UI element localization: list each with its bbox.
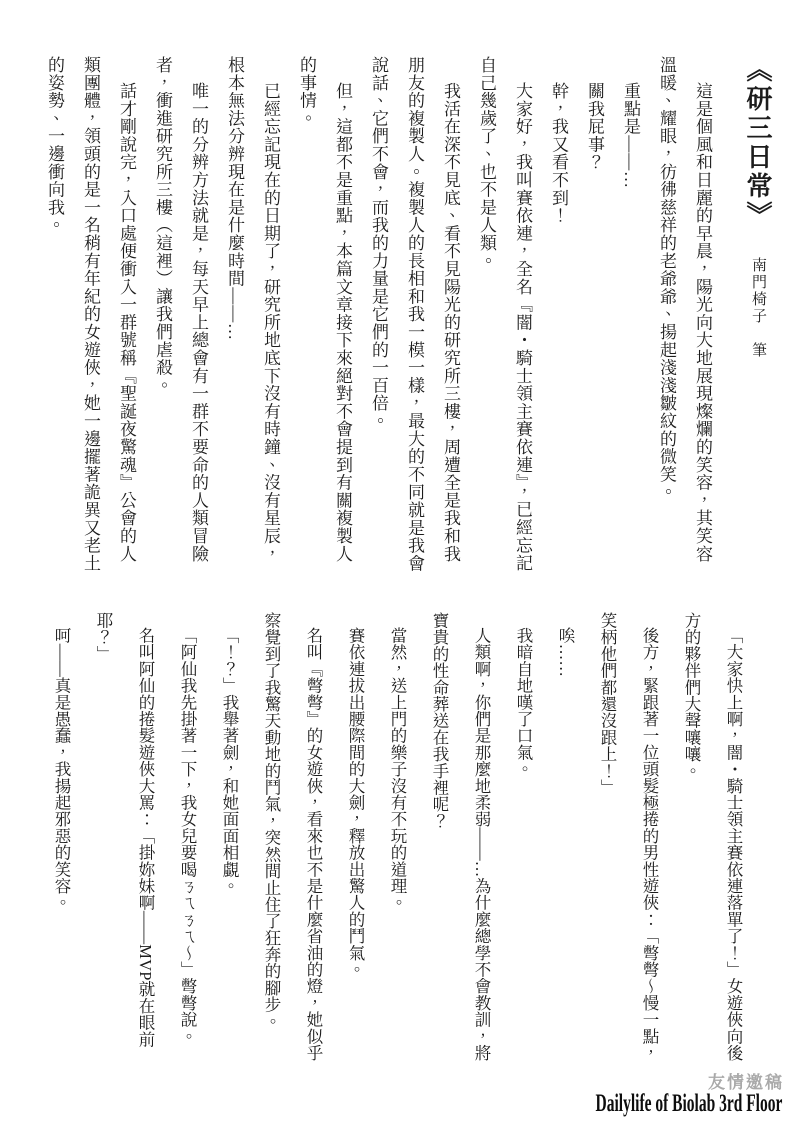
story-paragraph: 「！？」我舉著劍，和她面面相覷。: [208, 612, 250, 1070]
story-paragraph: 人類啊，你們是那麼地柔弱——…為什麼總學不會教訓，將寶貴的性命葬送在我手裡呢？: [418, 612, 502, 1070]
story-paragraph: 呵——真是愚蠢，我揚起邪惡的笑容。: [40, 612, 82, 1070]
story-section-top: 《研三日常》 南門椅子 筆 這是個風和日麗的早晨，陽光向大地展現燦爛的笑容，其笑…: [28, 56, 782, 576]
story-paragraph: 這是個風和日麗的早晨，陽光向大地展現燦爛的笑容，其笑容溫暖、耀眼，彷彿慈祥的老爺…: [648, 56, 720, 576]
story-paragraph: 「阿仙我先掛著一下，我女兒要喝ㄋㄟㄋㄟ～」彆彆說。: [166, 612, 208, 1070]
story-paragraph: 關我屁事？: [576, 56, 612, 576]
story-paragraph: 我暗自地嘆了口氣。: [502, 612, 544, 1070]
story-paragraph: 已經忘記現在的日期了，研究所地底下沒有時鐘、沒有星辰，根本無法分辨現在是什麼時間…: [216, 56, 288, 576]
story-paragraph: 唯一的分辨方法就是，每天早上總會有一群不要命的人類冒險者，衝進研究所三樓（這裡）…: [144, 56, 216, 576]
story-section-bottom: 「大家快上啊，闇・騎士領主賽依連落單了！」女遊俠向後方的夥伴們大聲嚷嚷。 後方，…: [34, 612, 754, 1070]
story-paragraph: 重點是——…: [612, 56, 648, 576]
story-title: 《研三日常》: [743, 56, 773, 230]
story-paragraph: 「大家快上啊，闇・騎士領主賽依連落單了！」女遊俠向後方的夥伴們大聲嚷嚷。: [670, 612, 754, 1070]
story-paragraph: 當然，送上門的樂子沒有不玩的道理。: [376, 612, 418, 1070]
story-paragraph: 大家好，我叫賽依連，全名『闇・騎士領主賽依連』，已經忘記自己幾歲了、也不是人類。: [468, 56, 540, 576]
story-paragraph: 後方，緊跟著一位頭髮極捲的男性遊俠：「彆彆～慢一點，笑柄他們都還沒跟上！」: [586, 612, 670, 1070]
story-paragraph: 名叫『彆彆』的女遊俠，看來也不是什麼省油的燈，她似乎察覺到了我驚天動地的鬥氣，突…: [250, 612, 334, 1070]
story-paragraph: 幹，我又看不到！: [540, 56, 576, 576]
title-column: 《研三日常》 南門椅子 筆: [734, 56, 782, 576]
page: { "header": { "title": "《研三日常》", "author…: [0, 0, 800, 1129]
series-title: Dailylife of Biolab 3rd Floor: [595, 1090, 782, 1118]
story-paragraph: 唉……: [544, 612, 586, 1070]
story-paragraph: 名叫阿仙的捲髮遊俠大罵：「掛妳妹啊——MVP就在眼前耶？」: [82, 612, 166, 1070]
story-paragraph: 我活在深不見底、看不見陽光的研究所三樓，周遭全是我和我朋友的複製人。複製人的長相…: [360, 56, 468, 576]
story-paragraph: 賽依連拔出腰際間的大劍，釋放出驚人的鬥氣。: [334, 612, 376, 1070]
story-paragraph: 話才剛說完，入口處便衝入一群號稱『聖誕夜驚魂』公會的人類團體，領頭的是一名稍有年…: [36, 56, 144, 576]
story-paragraph: 但，這都不是重點，本篇文章接下來絕對不會提到有關複製人的事情。: [288, 56, 360, 576]
story-author: 南門椅子 筆: [750, 257, 767, 359]
